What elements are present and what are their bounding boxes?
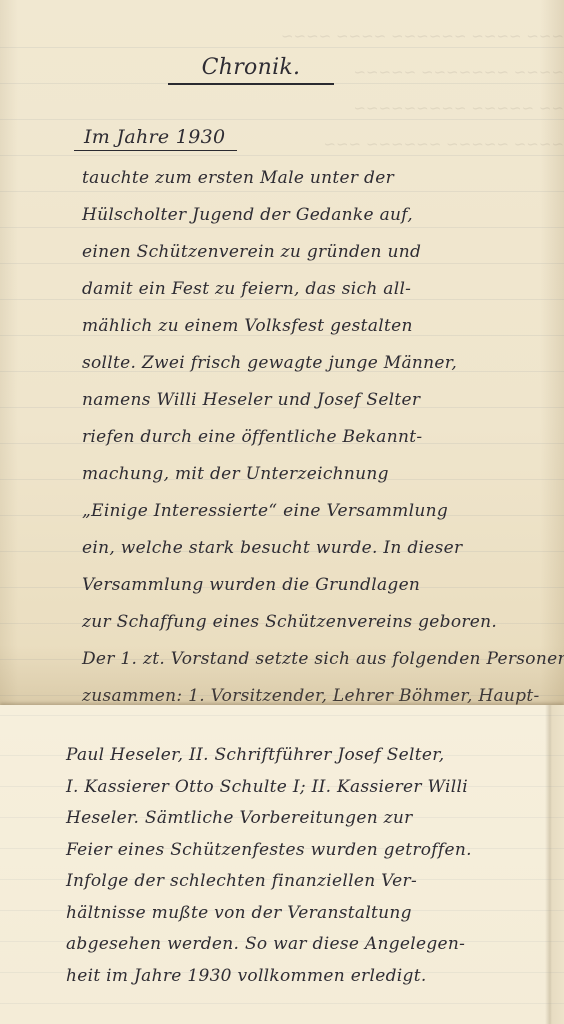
page-title: Chronik. (168, 55, 334, 85)
text-line: Infolge der schlechten finanziellen Ver- (66, 866, 546, 898)
text-line: machung, mit der Unterzeichnung (82, 456, 546, 493)
chronicle-page-1: ~~~ ~~~~ ~~~~~~ ~~~~ ~~~~ ~~~~ ~~~~~~~ ~… (0, 0, 564, 705)
chronicle-page-2: Paul Heseler, II. Schriftführer Josef Se… (0, 705, 564, 1024)
text-line: sollte. Zwei frisch gewagte junge Männer… (82, 345, 546, 382)
text-line: „Einige Interessierte“ eine Versammlung (82, 493, 546, 530)
text-line: heit im Jahre 1930 vollkommen erledigt. (66, 961, 546, 993)
text-line: ein, welche stark besucht wurde. In dies… (82, 530, 546, 567)
text-line: Versammlung wurden die Grundlagen (82, 567, 546, 604)
text-line: Heseler. Sämtliche Vorbereitungen zur (66, 803, 546, 835)
text-line: Paul Heseler, II. Schriftführer Josef Se… (66, 740, 546, 772)
text-line: Feier eines Schützenfestes wurden getrof… (66, 835, 546, 867)
text-line: mählich zu einem Volksfest gestalten (82, 308, 546, 345)
text-line: tauchte zum ersten Male unter der (82, 160, 546, 197)
section-heading: Im Jahre 1930 (74, 126, 237, 151)
text-line: zur Schaffung eines Schützenvereins gebo… (82, 604, 546, 641)
text-line: Hülscholter Jugend der Gedanke auf, (82, 197, 546, 234)
document-scan: ~~~ ~~~~ ~~~~~~ ~~~~ ~~~~ ~~~~ ~~~~~~~ ~… (0, 0, 564, 1024)
page-2-text: Paul Heseler, II. Schriftführer Josef Se… (66, 740, 546, 992)
bleed-through-text: ~~~ ~~~~ ~~~~~~ ~~~~ ~~~~ ~~~~ ~~~~~~~ ~… (264, 18, 564, 162)
text-line: riefen durch eine öffentliche Bekannt- (82, 419, 546, 456)
text-line: I. Kassierer Otto Schulte I; II. Kassier… (66, 772, 546, 804)
page-1-text: tauchte zum ersten Male unter der Hülsch… (82, 160, 546, 752)
text-line: Der 1. zt. Vorstand setzte sich aus folg… (82, 641, 546, 678)
text-line: namens Willi Heseler und Josef Selter (82, 382, 546, 419)
text-line: damit ein Fest zu feiern, das sich all- (82, 271, 546, 308)
text-line: einen Schützenverein zu gründen und (82, 234, 546, 271)
text-line: abgesehen werden. So war diese Angelegen… (66, 929, 546, 961)
text-line: hältnisse mußte von der Veranstaltung (66, 898, 546, 930)
